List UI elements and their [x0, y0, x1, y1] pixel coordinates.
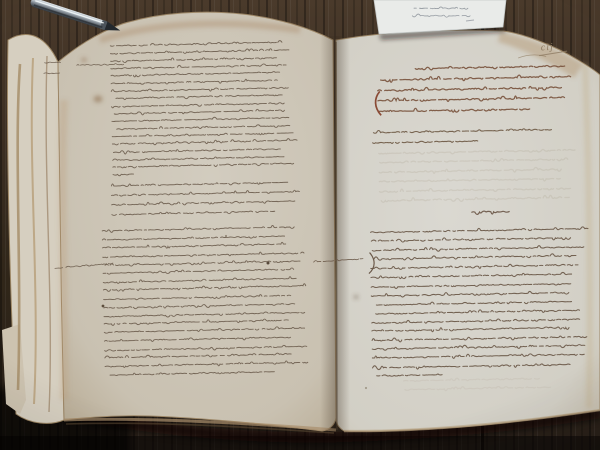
folio-mark: cij	[540, 41, 554, 53]
page-stack-fore-edges	[2, 35, 64, 424]
metal-pen	[29, 0, 121, 35]
gutter-fold-line	[336, 42, 337, 430]
manuscript-photograph: cij	[0, 0, 600, 450]
pen-shade	[34, 5, 102, 27]
gutter-shadow	[320, 36, 350, 432]
pen-highlight	[35, 1, 103, 23]
manuscript-book: cij	[2, 12, 600, 433]
manuscript-scene: cij	[0, 0, 600, 450]
left-page	[58, 12, 336, 431]
